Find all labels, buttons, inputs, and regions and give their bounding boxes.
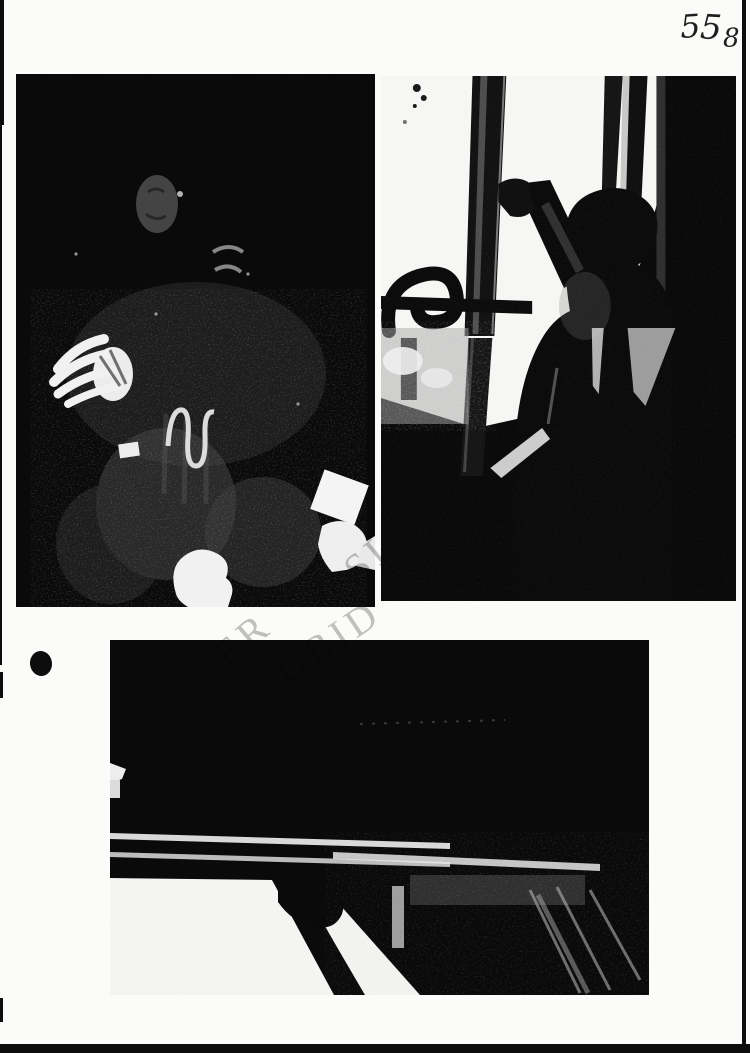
page-number-digit: 5: [679, 10, 702, 43]
photo3-grain: [340, 840, 649, 995]
photo-window-interior: [110, 640, 649, 995]
photo-woman-at-window: [381, 76, 736, 601]
scan-edge-bottom: [0, 1044, 750, 1053]
surveillance-photo-2: [381, 76, 736, 601]
scan-edge-right: [742, 0, 746, 1046]
photo1-bright-patch: [118, 442, 140, 459]
scanned-page: 558 ER SL UBID: [0, 0, 750, 1053]
page-number-digit: 5: [700, 10, 723, 45]
scan-edge-left-low: [0, 672, 3, 698]
scan-edge-left-mark: [0, 998, 3, 1022]
page-number-digit: 8: [723, 25, 740, 51]
surveillance-photo-3: [110, 640, 649, 995]
photo2-grain: [381, 76, 736, 601]
bullet-dot: [28, 650, 53, 678]
handwritten-page-number: 558: [679, 6, 740, 44]
scan-edge-left-top: [0, 0, 4, 125]
photo-seated-figure: [16, 74, 375, 607]
scan-edge-left-mid: [0, 120, 2, 665]
surveillance-photo-1: [16, 74, 375, 607]
